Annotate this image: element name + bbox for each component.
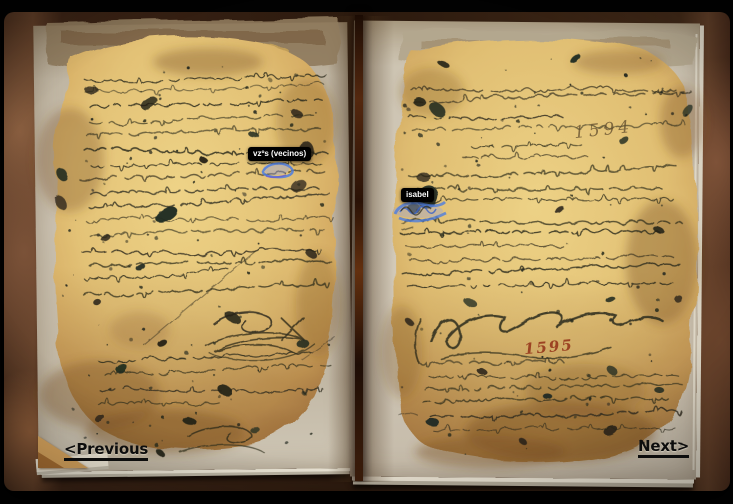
next-button[interactable]: Next> [638,437,689,458]
annotation-tooltip-isabel[interactable]: isabel [401,188,434,202]
right-page-stack [350,20,700,479]
left-page-stack [33,22,352,472]
annotation-tooltip-vecinos[interactable]: vzºs (vecinos) [248,147,311,161]
manuscript-viewer: 1594 1595 vzºs (vecinos) isabel <Previou… [0,0,733,504]
annotation-label-vecinos: vzºs (vecinos) [253,149,306,158]
previous-button[interactable]: <Previous [64,440,148,461]
binding-seam [355,15,363,481]
annotation-label-isabel: isabel [406,190,429,199]
page-corner-fold-shadow [38,452,64,468]
